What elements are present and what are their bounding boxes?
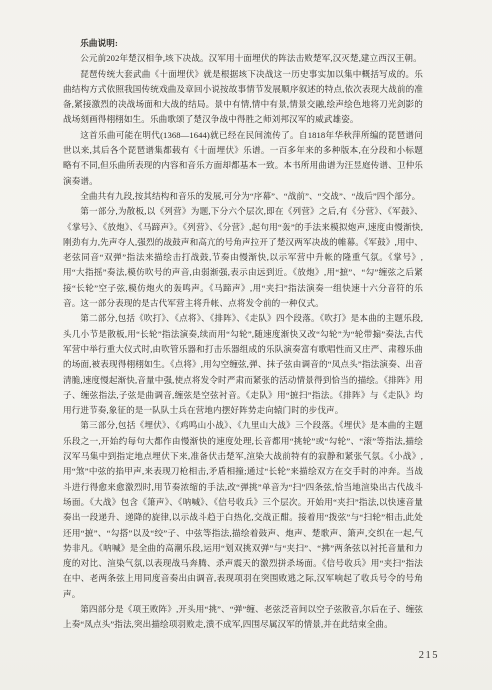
section-heading: 乐曲说明: bbox=[63, 36, 423, 51]
scanned-book-page: 乐曲说明: 公元前202年楚汉相争,垓下决战。汉军用十面埋伏的阵法击败楚军,汉灭… bbox=[0, 0, 492, 690]
paragraph-part-four: 第四部分是《项王败阵》,开头用“挑”、“弹”缠、老弦泛音间以空子弦散音,尔后在子… bbox=[63, 602, 423, 633]
paragraph-part-two: 第二部分,包括《吹打》、《点将》、《排阵》、《走队》四个段落。《吹打》是本曲的主… bbox=[63, 311, 423, 418]
paragraph-structure-overview: 全曲共有九段,按其结构和音乐的发展,可分为“序幕”、“战前”、“交战”、“战后”… bbox=[63, 189, 423, 204]
page-number: 215 bbox=[403, 650, 439, 661]
paragraph-intro-history: 公元前202年楚汉相争,垓下决战。汉军用十面埋伏的阵法击败楚军,汉灭楚,建立西汉… bbox=[63, 51, 423, 66]
paragraph-part-one: 第一部分,为散板,以《列营》为题,下分六个层次,即在《列营》之后,有《分营》、《… bbox=[63, 204, 423, 311]
paragraph-part-three: 第三部分,包括《埋伏》、《鸡鸣山小战》、《九里山大战》三个段落。《埋伏》是本曲的… bbox=[63, 418, 423, 602]
text-block: 乐曲说明: 公元前202年楚汉相争,垓下决战。汉军用十面埋伏的阵法击败楚军,汉灭… bbox=[63, 36, 423, 633]
paragraph-piece-origin: 琵琶传统大套武曲《十面埋伏》就是根据垓下决战这一历史事实加以集中概括写成的。乐曲… bbox=[63, 67, 423, 128]
paragraph-score-versions: 这首乐曲可能在明代(1368—1644)就已经在民间流传了。自1818年华秋萍所… bbox=[63, 128, 423, 189]
